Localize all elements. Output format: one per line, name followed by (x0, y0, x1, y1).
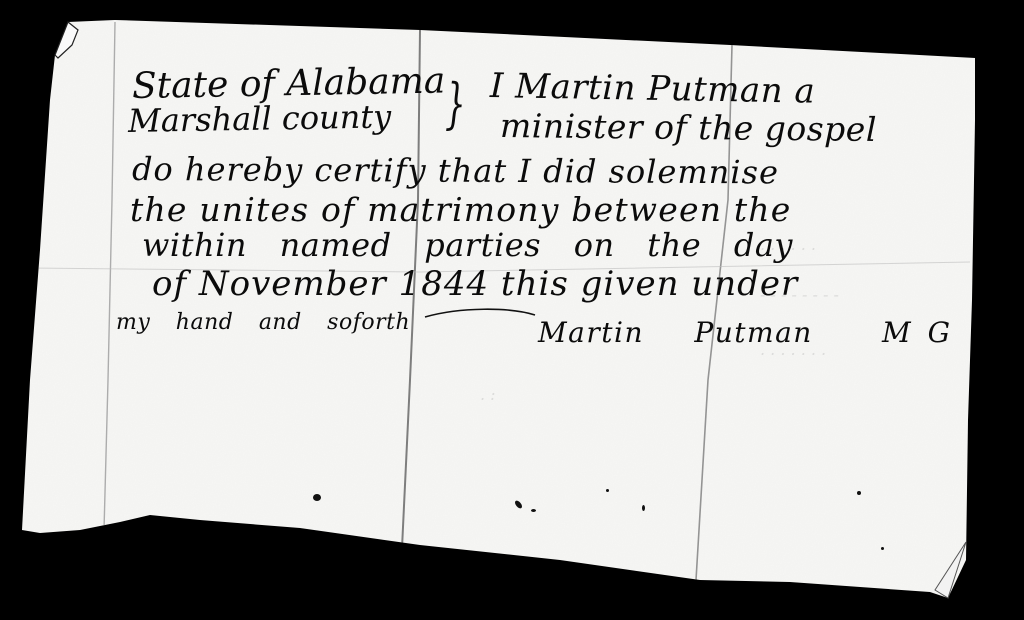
body-line-6: of November 1844 this given under (152, 264, 798, 304)
body-line-1: I Martin Putman a (490, 66, 816, 112)
ink-spot (313, 494, 321, 501)
body-line-7: my hand and soforth (116, 310, 410, 335)
body-line-2: minister of the gospel (500, 106, 877, 149)
ink-spot (531, 509, 536, 512)
signature-name: Martin Putman (538, 316, 813, 349)
ink-spot (857, 491, 861, 495)
body-line-4: the unites of matrimony between the (130, 190, 792, 229)
brace: } (445, 72, 466, 135)
ink-spot (606, 489, 609, 492)
signature-title: M G (882, 316, 950, 349)
flourish-line (420, 305, 540, 325)
ink-spot (642, 505, 645, 511)
body-line-3: do hereby certify that I did solemnise (132, 150, 779, 191)
body-line-5: within named parties on the day (142, 226, 793, 264)
county-line: Marshall county (128, 97, 392, 140)
svg-text:. :: . : (480, 385, 496, 404)
document-scan: . . . . . . - - - - - - - - . . . . . . … (0, 0, 1024, 620)
ink-spot (881, 547, 884, 550)
